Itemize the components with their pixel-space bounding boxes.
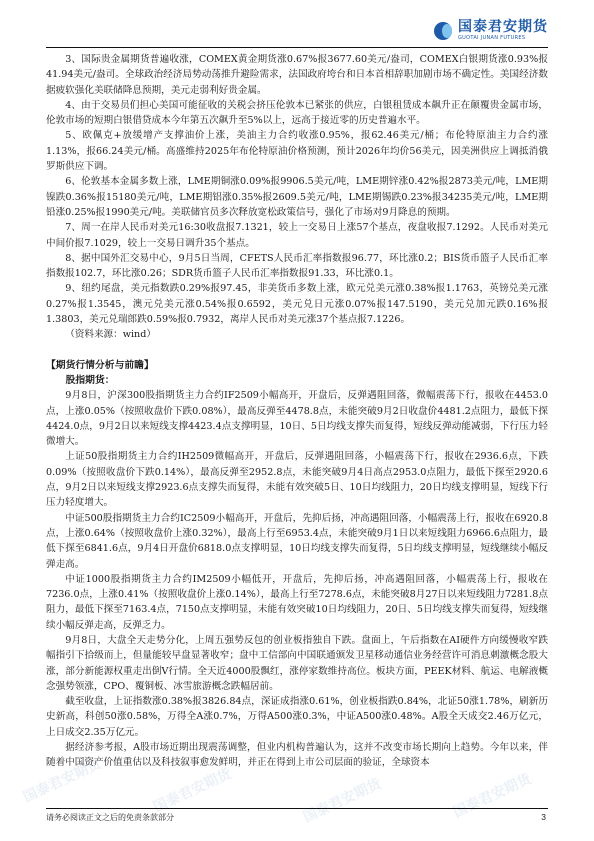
section-subtitle: 股指期货： (46, 373, 548, 388)
news-item-6: 6、伦敦基本金属多数上涨，LME期铜涨0.09%报9906.5美元/吨，LME期… (46, 174, 548, 220)
watermark: 国泰君安期货 (300, 773, 385, 827)
news-item-3: 3、国际贵金属期货普遍收涨，COMEX黄金期货涨0.67%报3677.60美元/… (46, 52, 548, 98)
news-item-4: 4、由于交易员们担心美国可能征收的关税会挤压伦敦本已紧张的供应，白银租赁成本飙升… (46, 98, 548, 129)
document-body: 3、国际贵金属期货普遍收涨，COMEX黄金期货涨0.67%报3677.60美元/… (46, 52, 548, 771)
header-divider (46, 47, 548, 48)
watermark: 国泰君安期货 (450, 768, 535, 822)
page-number: 3 (541, 812, 546, 822)
section-title: 【期货行情分析与前瞻】 (46, 358, 548, 373)
logo-english-name: GUOTAI JUNAN FUTURES (458, 35, 548, 41)
analysis-im: 中证1000股指期货主力合约IM2509小幅低开，开盘后，先抑后扬，冲高遇阻回落… (46, 572, 548, 633)
document-page: 国泰君安期货 国泰君安期货 国泰君安期货 国泰君安期货 国泰君安期货 GUOTA… (0, 0, 594, 841)
market-close: 截至收盘，上证指数涨0.38%报3826.84点，深证成指涨0.61%，创业板指… (46, 694, 548, 740)
footer-divider (46, 808, 548, 809)
analysis-ih: 上证50股指期货主力合约IH2509微幅高开，开盘后，反弹遇阻回落，小幅震荡下行… (46, 449, 548, 510)
logo-chinese-name: 国泰君安期货 (458, 20, 548, 35)
source-note: （资料来源：wind） (46, 327, 548, 342)
footer-disclaimer: 请务必阅读正文之后的免责条款部分 (46, 812, 174, 823)
page-header: 国泰君安期货 GUOTAI JUNAN FUTURES (46, 18, 548, 48)
company-logo: 国泰君安期货 GUOTAI JUNAN FUTURES (434, 20, 548, 41)
news-item-5: 5、欧佩克+放缓增产支撑油价上涨，美油主力合约收涨0.95%，报62.46美元/… (46, 128, 548, 174)
news-item-9: 9、纽约尾盘，美元指数跌0.29%报97.45，非美货币多数上涨，欧元兑美元涨0… (46, 281, 548, 327)
market-overview: 9月8日，大盘全天走势分化，上周五强势反包的创业板指独自下跌。盘面上，午后指数在… (46, 633, 548, 694)
news-item-8: 8、据中国外汇交易中心，9月5日当周，CFETS人民币汇率指数报96.77，环比… (46, 251, 548, 282)
news-item-7: 7、周一在岸人民币对美元16:30收盘报7.1321，较上一交易日上涨57个基点… (46, 220, 548, 251)
analysis-if: 9月8日，沪深300股指期货主力合约IF2509小幅高开，开盘后，反弹遇阻回落，… (46, 388, 548, 449)
analysis-ic: 中证500股指期货主力合约IC2509小幅高开，开盘后，先抑后扬，冲高遇阻回落，… (46, 511, 548, 572)
market-commentary: 据经济参考报，A股市场近期出现震荡调整，但业内机构普遍认为，这并不改变市场长期向… (46, 740, 548, 771)
logo-mark-icon (434, 22, 452, 40)
